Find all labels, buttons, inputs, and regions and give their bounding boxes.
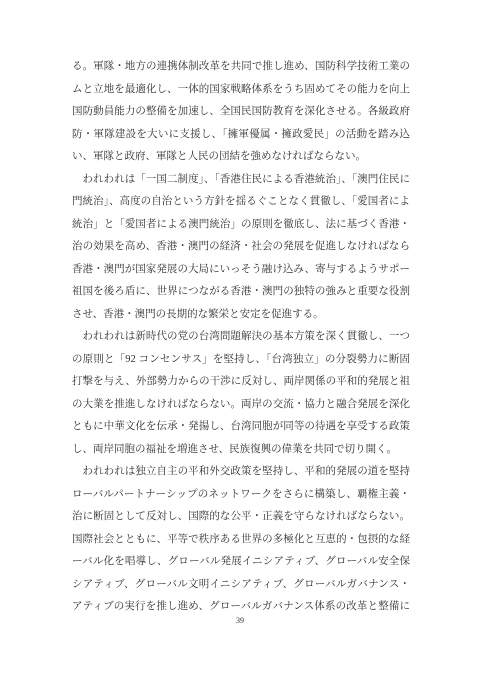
page-number: 39: [0, 616, 480, 625]
text-line: 打撃を与え、外部勢力からの干渉に反対し、両岸関係の平和的発展と祖国統一: [72, 371, 410, 394]
text-line: ーバル化を唱導し、グローバル発展イニシアティブ、グローバル安全保障イニ: [72, 551, 410, 574]
text-line: 門統治」、高度の自治という方針を揺るぐことなく貫徹し、「愛国者による香港: [72, 191, 410, 214]
document-page: る。軍隊・地方の連携体制改革を共同で推し進め、国防科学技術工業のシステムと立地を…: [0, 0, 480, 679]
text-line: われわれは「一国二制度」、「香港住民による香港統治」、「澳門住民による澳: [72, 169, 410, 192]
text-line: の大業を推進しなければならない。両岸の交流・協力と融合発展を深化させ、: [72, 394, 410, 417]
text-line: 統治」と「愛国者による澳門統治」の原則を徹底し、法に基づく香港・澳門統: [72, 214, 410, 237]
text-line: ムと立地を最適化し、一体的国家戦略体系をうち固めてその能力を向上させる。: [72, 79, 410, 102]
text-line: 防・軍隊建設を大いに支援し、「擁軍優属・擁政愛民」の活動を踏み込んで行: [72, 124, 410, 147]
text-line: 国際社会とともに、平等で秩序ある世界の多極化と互恵的・包摂的な経済グロ: [72, 529, 410, 552]
text-line: 国防動員能力の整備を加速し、全国民国防教育を深化させる。各級政府は国: [72, 101, 410, 124]
text-line: われわれは独立自主の平和外交政策を堅持し、平和的発展の道を堅持し、グ: [72, 461, 410, 484]
paragraph: われわれは独立自主の平和外交政策を堅持し、平和的発展の道を堅持し、グローバルパー…: [72, 461, 410, 619]
text-line: 治に断固として反対し、国際的な公平・正義を守らなければならない。中国は、: [72, 506, 410, 529]
paragraph: われわれは「一国二制度」、「香港住民による香港統治」、「澳門住民による澳門統治」…: [72, 169, 410, 327]
text-line: ローバルパートナーシップのネットワークをさらに構築し、覇権主義・強権政: [72, 484, 410, 507]
paragraph: われわれは新時代の党の台湾問題解決の基本方策を深く貫徹し、一つの中国の原則と「9…: [72, 326, 410, 461]
text-line: し、両岸同胞の福祉を増進させ、民族復興の偉業を共同で切り開く。: [72, 439, 410, 462]
text-line: ともに中華文化を伝承・発揚し、台湾同胞が同等の待遇を享受する政策を実施: [72, 416, 410, 439]
text-block: る。軍隊・地方の連携体制改革を共同で推し進め、国防科学技術工業のシステムと立地を…: [72, 56, 410, 619]
text-line: の原則と「92 コンセンサス」を堅持し、「台湾独立」の分裂勢力に断固として: [72, 349, 410, 372]
paragraph: る。軍隊・地方の連携体制改革を共同で推し進め、国防科学技術工業のシステムと立地を…: [72, 56, 410, 169]
text-line: われわれは新時代の党の台湾問題解決の基本方策を深く貫徹し、一つの中国: [72, 326, 410, 349]
text-line: 治の効果を高め、香港・澳門の経済・社会の発展を促進しなければならない。: [72, 236, 410, 259]
text-line: る。軍隊・地方の連携体制改革を共同で推し進め、国防科学技術工業のシステ: [72, 56, 410, 79]
text-line: シアティブ、グローバル文明イニシアティブ、グローバルガバナンス・イニシ: [72, 574, 410, 597]
text-line: 香港・澳門が国家発展の大局にいっそう融け込み、寄与するようサポートし、: [72, 259, 410, 282]
text-line: 祖国を後ろ盾に、世界につながる香港・澳門の独特の強みと重要な役割を発揮: [72, 281, 410, 304]
text-line: い、軍隊と政府、軍隊と人民の団結を強めなければならない。: [72, 146, 410, 169]
text-line: させ、香港・澳門の長期的な繁栄と安定を促進する。: [72, 304, 410, 327]
